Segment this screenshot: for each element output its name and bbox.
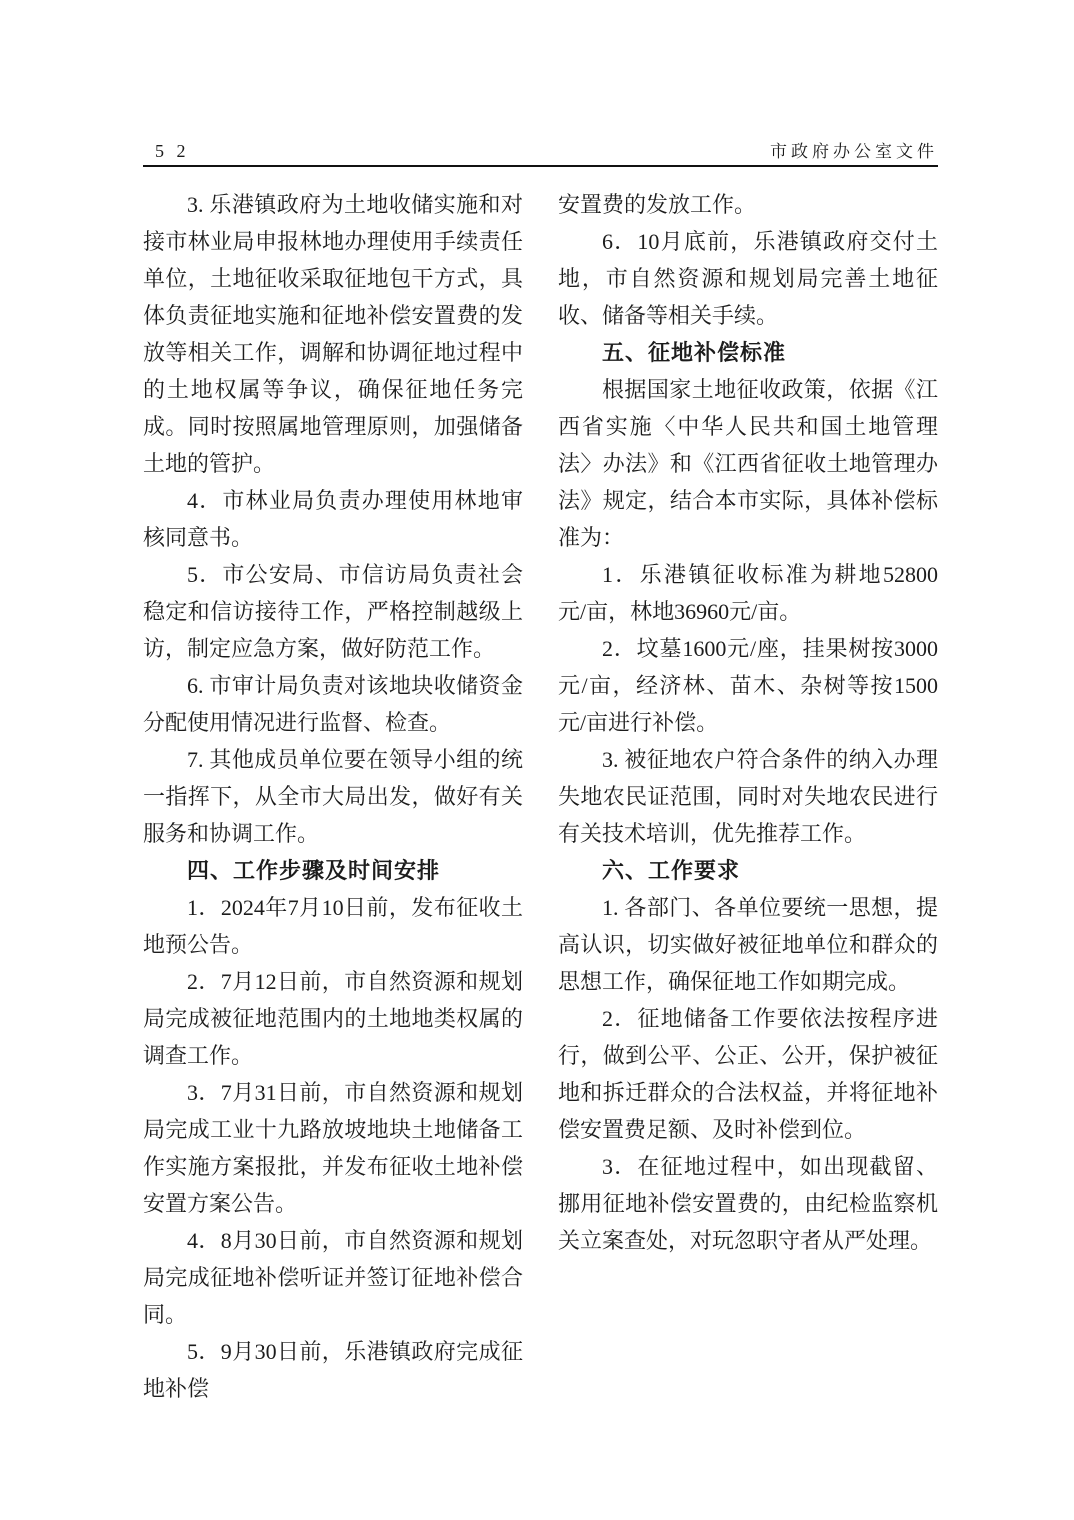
right-column: 安置费的发放工作。 6．10月底前，乐港镇政府交付土地，市自然资源和规划局完善土…: [558, 186, 938, 1407]
paragraph: 4．市林业局负责办理使用林地审核同意书。: [143, 482, 523, 556]
section-heading-5: 五、征地补偿标准: [558, 334, 938, 371]
paragraph: 3．在征地过程中，如出现截留、挪用征地补偿安置费的，由纪检监察机关立案查处，对玩…: [558, 1148, 938, 1259]
paragraph: 1．2024年7月10日前，发布征收土地预公告。: [143, 889, 523, 963]
section-heading-6: 六、工作要求: [558, 852, 938, 889]
paragraph-continuation: 安置费的发放工作。: [558, 186, 938, 223]
paragraph: 2．7月12日前，市自然资源和规划局完成被征地范围内的土地地类权属的调查工作。: [143, 963, 523, 1074]
paragraph: 2．坟墓1600元/座，挂果树按3000元/亩，经济林、苗木、杂树等按1500元…: [558, 630, 938, 741]
document-body: 3. 乐港镇政府为土地收储实施和对接市林业局申报林地办理使用手续责任单位，土地征…: [143, 186, 938, 1407]
paragraph: 2．征地储备工作要依法按程序进行，做到公平、公正、公开，保护被征地和拆迁群众的合…: [558, 1000, 938, 1148]
paragraph: 1．乐港镇征收标准为耕地52800元/亩，林地36960元/亩。: [558, 556, 938, 630]
paragraph: 3. 乐港镇政府为土地收储实施和对接市林业局申报林地办理使用手续责任单位，土地征…: [143, 186, 523, 482]
section-heading-4: 四、工作步骤及时间安排: [143, 852, 523, 889]
page-header: 5 2 市政府办公室文件: [143, 138, 938, 164]
paragraph: 根据国家土地征收政策，依据《江西省实施〈中华人民共和国土地管理法〉办法》和《江西…: [558, 371, 938, 556]
paragraph: 1. 各部门、各单位要统一思想，提高认识，切实做好被征地单位和群众的思想工作，确…: [558, 889, 938, 1000]
paragraph: 6．10月底前，乐港镇政府交付土地，市自然资源和规划局完善土地征收、储备等相关手…: [558, 223, 938, 334]
paragraph: 6. 市审计局负责对该地块收储资金分配使用情况进行监督、检查。: [143, 667, 523, 741]
paragraph: 7. 其他成员单位要在领导小组的统一指挥下，从全市大局出发，做好有关服务和协调工…: [143, 741, 523, 852]
paragraph: 5．9月30日前，乐港镇政府完成征地补偿: [143, 1333, 523, 1407]
paragraph: 4．8月30日前，市自然资源和规划局完成征地补偿听证并签订征地补偿合同。: [143, 1222, 523, 1333]
page-number: 5 2: [155, 141, 190, 162]
paragraph: 5．市公安局、市信访局负责社会稳定和信访接待工作，严格控制越级上访，制定应急方案…: [143, 556, 523, 667]
header-divider: [143, 165, 938, 167]
left-column: 3. 乐港镇政府为土地收储实施和对接市林业局申报林地办理使用手续责任单位，土地征…: [143, 186, 523, 1407]
header-title: 市政府办公室文件: [770, 137, 938, 162]
document-page: 5 2 市政府办公室文件 3. 乐港镇政府为土地收储实施和对接市林业局申报林地办…: [0, 0, 1074, 1520]
paragraph: 3. 被征地农户符合条件的纳入办理失地农民证范围，同时对失地农民进行有关技术培训…: [558, 741, 938, 852]
paragraph: 3．7月31日前，市自然资源和规划局完成工业十九路放坡地块土地储备工作实施方案报…: [143, 1074, 523, 1222]
